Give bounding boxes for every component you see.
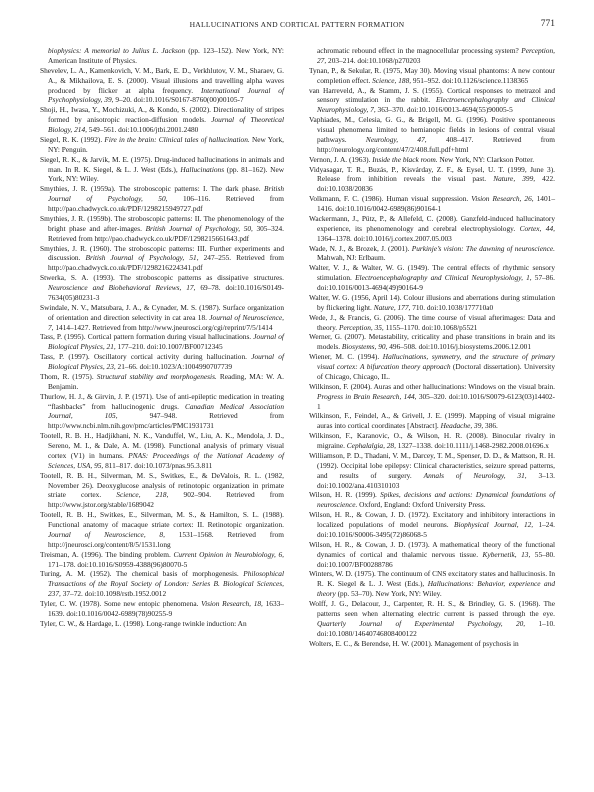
- reference-entry: Tass, P. (1995). Cortical pattern format…: [40, 332, 284, 352]
- running-title: HALLUCINATIONS AND CORTICAL PATTERN FORM…: [0, 20, 594, 29]
- reference-text: Stwerka, S. A. (1993). The stroboscopic …: [40, 273, 284, 282]
- reference-entry: Wede, J., & Francis, G. (2006). The time…: [309, 313, 555, 333]
- reference-text: 9–20. doi:10.1016/S0167-8760(00)00105-7: [113, 95, 243, 104]
- reference-italic-text: Journal of Neuroscience, 8,: [48, 530, 165, 539]
- reference-italic-text: Neuroscience and Biobehavioral Reviews, …: [48, 283, 195, 292]
- reference-italic-text: Fire in the brain: Clinical tales of hal…: [104, 135, 249, 144]
- reference-entry: Smythies, J. R. (1960). The stroboscopic…: [40, 244, 284, 274]
- reference-text: Tass, P. (1997). Oscillatory cortical ac…: [40, 352, 251, 361]
- reference-entry: Werner, G. (2007). Metastability, critic…: [309, 332, 555, 352]
- reference-entry: Tyler, C. W. (1978). Some new entopic ph…: [40, 599, 284, 619]
- reference-italic-text: Inside the black room.: [372, 155, 437, 164]
- reference-text: 811–817. doi:10.1073/pnas.95.3.811: [103, 461, 212, 470]
- reference-italic-text: Nature, 177,: [374, 303, 411, 312]
- reference-text: Treisman, A. (1996). The binding problem…: [40, 550, 174, 559]
- reference-text: 177–210. doi:10.1007/BF00712345: [116, 342, 223, 351]
- reference-entry: Tootell, R. B. H., Silverman, M. S., Swi…: [40, 471, 284, 511]
- reference-entry: Wilson, H. R., & Cowan, J. D. (1973). A …: [309, 540, 555, 570]
- reference-text: achromatic rebound effect in the magnoce…: [317, 46, 521, 55]
- reference-entry: Vernon, J. A. (1963). Inside the black r…: [309, 155, 555, 165]
- reference-entry: Tootell, R. B. H., Hadjikhani, N. K., Va…: [40, 431, 284, 471]
- reference-entry-continued: achromatic rebound effect in the magnoce…: [309, 46, 555, 66]
- reference-text: 21–66. doi:10.1023/A:1004990707739: [116, 362, 232, 371]
- reference-italic-text: British Journal of Psychology, 50,: [146, 224, 253, 233]
- reference-entry: Thurlow, H. J., & Girvin, J. P. (1971). …: [40, 392, 284, 432]
- reference-entry: Thom, R. (1975). Structural stability an…: [40, 372, 284, 392]
- reference-italic-text: Annals of Neurology, 31,: [424, 471, 527, 480]
- reference-entry: Smythies, J. R. (1959a). The stroboscopi…: [40, 184, 284, 214]
- reference-text: Tass, P. (1995). Cortical pattern format…: [40, 332, 253, 341]
- reference-entry: Shoji, H., Iwasa, Y., Mochizuki, A., & K…: [40, 105, 284, 135]
- reference-italic-text: Vision Research, 26,: [471, 194, 533, 203]
- reference-entry: Vidyasagar, T. R., Buzás, P., Kisvárday,…: [309, 165, 555, 195]
- reference-entry: Tyler, C. W., & Hardage, L. (1998). Long…: [40, 619, 284, 629]
- reference-italic-text: Hallucinations: [180, 165, 224, 174]
- reference-entry: Swindale, N. V., Matsubara, J. A., & Cyn…: [40, 303, 284, 333]
- reference-italic-text: Biophysical Journal, 12,: [454, 520, 533, 529]
- reference-entry: Wolters, E. C., & Berendse, H. W. (2001)…: [309, 639, 555, 649]
- reference-entry-continued: biophysics: A memorial to Julius L. Jack…: [40, 46, 284, 66]
- reference-entry: Tootell, R. B. H., Switkes, E., Silverma…: [40, 510, 284, 550]
- reference-text: 37–72. doi:10.1098/rstb.1952.0012: [61, 589, 166, 598]
- reference-text: 203–214. doi:10.1068/p270203: [326, 56, 420, 65]
- reference-text: 1327–1338. doi:10.1111/j.1468-2982.2008.…: [396, 441, 549, 450]
- reference-column-left: biophysics: A memorial to Julius L. Jack…: [40, 46, 284, 629]
- reference-text: 1414–1427. Retrieved from http://www.jne…: [54, 323, 273, 332]
- reference-entry: Volkmann, F. C. (1986). Human visual sup…: [309, 194, 555, 214]
- reference-italic-text: Purkinje’s vision: The dawning of neuros…: [412, 244, 555, 253]
- reference-italic-text: Science, 218,: [116, 490, 168, 499]
- reference-italic-text: Biosystems, 90,: [342, 342, 388, 351]
- reference-entry: Stwerka, S. A. (1993). The stroboscopic …: [40, 273, 284, 303]
- reference-italic-text: Progress in Brain Research, 144,: [317, 392, 417, 401]
- reference-entry: Winters, W. D. (1975). The continuum of …: [309, 569, 555, 599]
- reference-text: Siegel, R. K. (1992).: [40, 135, 104, 144]
- page-number: 771: [541, 19, 555, 29]
- reference-italic-text: biophysics: A memorial to Julius L. Jack…: [48, 46, 185, 55]
- reference-text: Wackermann, J., Pütz, P., & Allefeld, C.…: [309, 214, 555, 233]
- reference-text: Wolff, J. G., Delacour, J., Carpenter, R…: [309, 599, 555, 618]
- reference-text: 386.: [483, 421, 498, 430]
- reference-text: Wolters, E. C., & Berendse, H. W. (2001)…: [309, 639, 519, 648]
- reference-italic-text: Current Opinion in Neurobiology, 6,: [174, 550, 285, 559]
- reference-italic-text: Cortex, 44,: [520, 224, 555, 233]
- reference-text: Wilkinson, F., Feindel, A., & Grivell, J…: [309, 411, 555, 430]
- reference-italic-text: Structural stability and morphogenesis.: [97, 372, 217, 381]
- reference-text: 951–952. doi:10.1126/science.1138365: [411, 76, 528, 85]
- reference-entry: Wilkinson, F. (2004). Auras and other ha…: [309, 382, 555, 412]
- reference-italic-text: Science, 188,: [372, 76, 411, 85]
- reference-text: Tyler, C. W., & Hardage, L. (1998). Long…: [40, 619, 247, 628]
- reference-entry: Wilson, H. R., & Cowan, J. D. (1972). Ex…: [309, 510, 555, 540]
- reference-text: 1155–1170. doi:10.1068/p5521: [384, 323, 478, 332]
- reference-text: New York, NY: Clarkson Potter.: [438, 155, 534, 164]
- reference-text: 363–370. doi:10.1016/0013-4694(55)90005-…: [376, 105, 513, 114]
- reference-italic-text: Cephalalgia, 28,: [347, 441, 396, 450]
- reference-text: 710. doi:10.1038/177710a0: [410, 303, 493, 312]
- reference-entry: Treisman, A. (1996). The binding problem…: [40, 550, 284, 570]
- reference-text: Tyler, C. W. (1978). Some new entopic ph…: [40, 599, 201, 608]
- reference-entry: Wilkinson, F., Karanovic, O., & Wilson, …: [309, 431, 555, 451]
- reference-entry: Williamson, P. D., Thadani, V. M., Darce…: [309, 451, 555, 491]
- reference-text: Mahwah, NJ: Erlbaum.: [317, 253, 386, 262]
- reference-italic-text: Nature, 399,: [493, 174, 535, 183]
- reference-entry: Wackermann, J., Pütz, P., & Allefeld, C.…: [309, 214, 555, 244]
- reference-entry: Wilkinson, F., Feindel, A., & Grivell, J…: [309, 411, 555, 431]
- reference-entry: Siegel, R. K., & Jarvik, M. E. (1975). D…: [40, 155, 284, 185]
- reference-italic-text: Kybernetik, 13,: [483, 550, 531, 559]
- reference-entry: Siegel, R. K. (1992). Fire in the brain:…: [40, 135, 284, 155]
- reference-text: Wade, N. J., & Brozek, J. (2001).: [309, 244, 412, 253]
- reference-entry: Turing, A. M. (1952). The chemical basis…: [40, 569, 284, 599]
- reference-entry: Tass, P. (1997). Oscillatory cortical ac…: [40, 352, 284, 372]
- reference-entry: Walter, V. J., & Walter, W. G. (1949). T…: [309, 263, 555, 293]
- reference-text: Smythies, J. R. (1959a). The stroboscopi…: [40, 184, 264, 193]
- reference-text: Wilson, H. R. (1999).: [309, 490, 380, 499]
- reference-italic-text: Electroencephalography and Clinical Neur…: [355, 273, 532, 282]
- reference-entry: Vaphiades, M., Celesia, G. G., & Brigell…: [309, 115, 555, 155]
- reference-italic-text: Headache, 39,: [441, 421, 484, 430]
- reference-text: Wiener, M. C. (1994).: [309, 352, 383, 361]
- reference-italic-text: Vision Research, 18,: [201, 599, 263, 608]
- reference-entry: Walter, W. G. (1956, April 14). Colour i…: [309, 293, 555, 313]
- reference-entry: Tynan, P., & Sekular, R. (1975, May 30).…: [309, 66, 555, 86]
- reference-text: 171–178. doi:10.1016/S0959-4388(96)80070…: [48, 560, 187, 569]
- reference-entry: van Harreveld, A., & Stamm, J. S. (1955)…: [309, 86, 555, 116]
- reference-text: Turing, A. M. (1952). The chemical basis…: [40, 569, 243, 578]
- reference-italic-text: British Journal of Psychology, 51,: [85, 253, 198, 262]
- reference-italic-text: Neurology, 47,: [366, 135, 427, 144]
- reference-text: 496–508. doi:10.1016/j.biosystems.2006.1…: [387, 342, 531, 351]
- reference-text: Tootell, R. B. H., Switkes, E., Silverma…: [40, 510, 284, 529]
- reference-column-right: achromatic rebound effect in the magnoce…: [309, 46, 555, 648]
- reference-entry: Wade, N. J., & Brozek, J. (2001). Purkin…: [309, 244, 555, 264]
- reference-text: Volkmann, F. C. (1986). Human visual sup…: [309, 194, 471, 203]
- running-head: HALLUCINATIONS AND CORTICAL PATTERN FORM…: [0, 20, 594, 34]
- reference-text: (pp. 53–70). New York, NY: Wiley.: [336, 589, 442, 598]
- reference-text: 1364–1378. doi:10.1016/j.cortex.2007.05.…: [317, 234, 452, 243]
- reference-text: Thom, R. (1975).: [40, 372, 97, 381]
- reference-entry: Smythies, J. R. (1959b). The stroboscopi…: [40, 214, 284, 244]
- reference-text: Vernon, J. A. (1963).: [309, 155, 372, 164]
- reference-entry: Shevelev, L. A., Kamenkovich, V. M., Bar…: [40, 66, 284, 106]
- reference-text: 549–561. doi:10.1006/jtbi.2001.2480: [87, 125, 198, 134]
- reference-text: Wilkinson, F. (2004). Auras and other ha…: [309, 382, 555, 391]
- reference-entry: Wolff, J. G., Delacour, J., Carpenter, R…: [309, 599, 555, 639]
- reference-entry: Wiener, M. C. (1994). Hallucinations, sy…: [309, 352, 555, 382]
- reference-entry: Wilson, H. R. (1999). Spikes, decisions …: [309, 490, 555, 510]
- reference-italic-text: Quarterly Journal of Experimental Psycho…: [317, 619, 525, 628]
- reference-italic-text: Perception, 35,: [339, 323, 384, 332]
- reference-text: Oxford, England: Oxford University Press…: [357, 500, 485, 509]
